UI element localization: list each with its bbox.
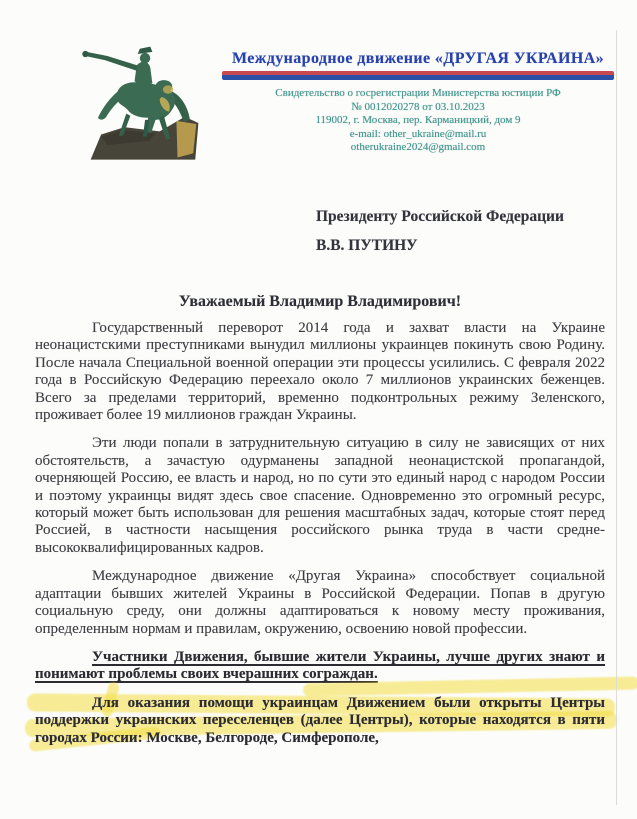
equestrian-monument-image bbox=[76, 36, 212, 164]
recipient-name: В.В. ПУТИНУ bbox=[316, 237, 564, 255]
paragraph-difficult-situation: Эти люди попали в затруднительную ситуац… bbox=[35, 435, 605, 557]
recipient-block: Президенту Российской Федерации В.В. ПУТ… bbox=[316, 208, 564, 255]
scan-edge-artifact bbox=[616, 30, 617, 805]
letterhead-right-block: Международное движение «ДРУГАЯ УКРАИНА» … bbox=[222, 50, 614, 155]
registration-certificate-line: Свидетельство о госрегистрации Министерс… bbox=[222, 87, 614, 101]
paragraph-support-centers: Для оказания помощи украинцам Движением … bbox=[35, 695, 605, 747]
flag-band-blue-stripe bbox=[222, 75, 614, 80]
email-line-2: otherukraine2024@gmail.com bbox=[222, 141, 614, 155]
salutation: Уважаемый Владимир Владимирович! bbox=[35, 293, 605, 311]
paragraph-participants-text: Участники Движения, бывшие жители Украин… bbox=[35, 649, 605, 682]
address-line: 119002, г. Москва, пер. Карманицкий, дом… bbox=[222, 114, 614, 128]
paragraph-support-centers-text: Для оказания помощи украинцам Движением … bbox=[35, 695, 605, 746]
equestrian-monument-svg bbox=[76, 36, 212, 164]
flag-band bbox=[222, 71, 614, 80]
scanned-letter-page: Международное движение «ДРУГАЯ УКРАИНА» … bbox=[0, 0, 637, 819]
registration-block: Свидетельство о госрегистрации Министерс… bbox=[222, 87, 614, 155]
paragraph-movement-adaptation: Международное движение «Другая Украина» … bbox=[35, 568, 605, 638]
letter-body: Государственный переворот 2014 года и за… bbox=[35, 320, 605, 758]
registration-number-line: № 0012020278 от 03.10.2023 bbox=[222, 101, 614, 115]
recipient-title: Президенту Российской Федерации bbox=[316, 208, 564, 226]
email-line: e-mail: other_ukraine@mail.ru bbox=[222, 128, 614, 142]
organization-title: Международное движение «ДРУГАЯ УКРАИНА» bbox=[222, 50, 614, 68]
paragraph-coup-2014: Государственный переворот 2014 года и за… bbox=[35, 320, 605, 424]
